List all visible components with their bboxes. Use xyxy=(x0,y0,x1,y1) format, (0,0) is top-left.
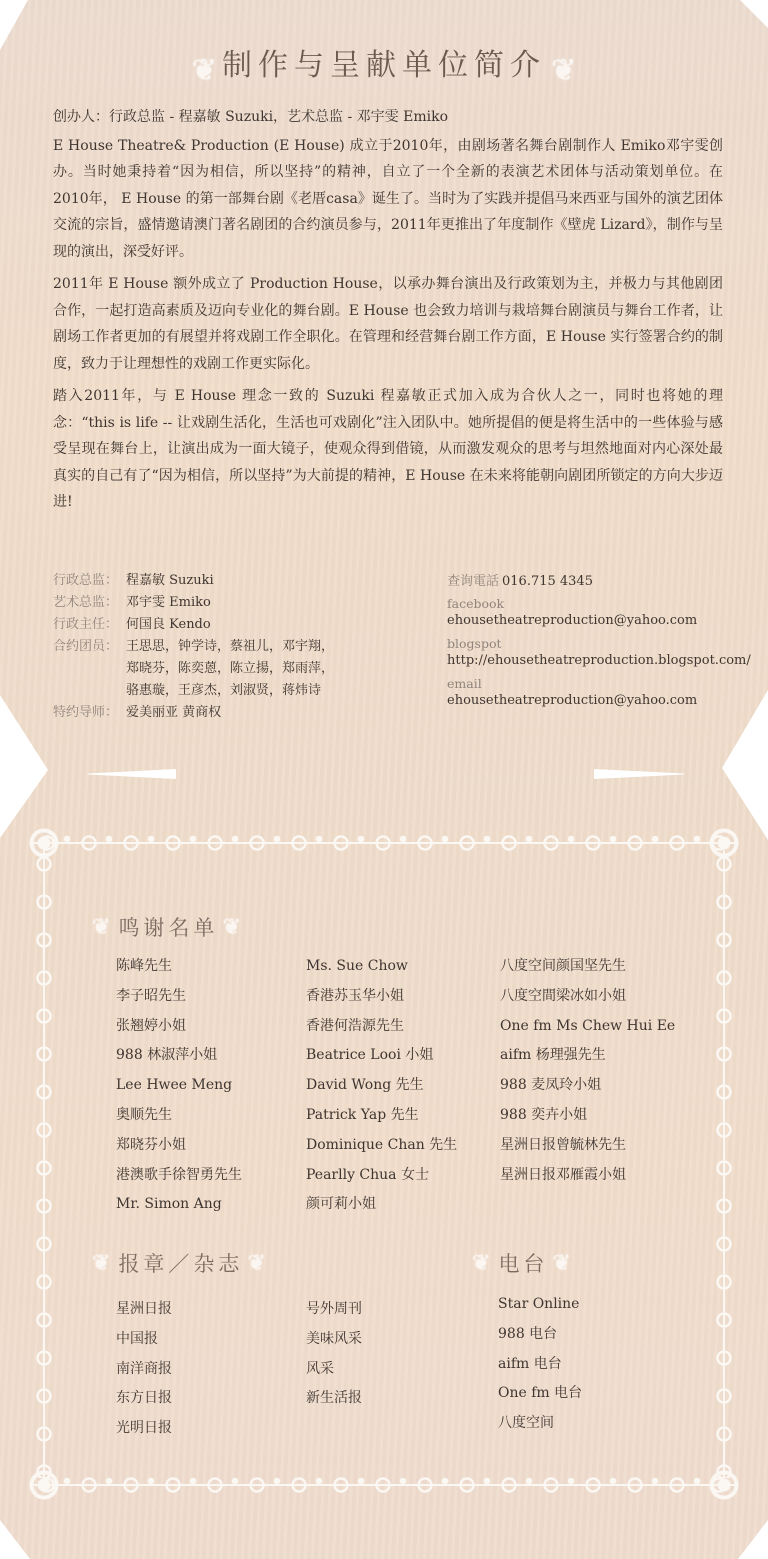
contact-info: 查询電話 016.715 4345 facebook ehousetheatre… xyxy=(447,570,747,709)
press-heading: ❦ 报章／杂志 ❦ xyxy=(88,1248,274,1278)
flourish-left-icon: ❦ xyxy=(192,53,217,88)
staff-label: 行政总监： xyxy=(53,570,126,592)
staff-value: 郑晓芬，陈奕蒽，陈立揚，郑雨萍， xyxy=(126,658,334,680)
list-item: 光明日报 xyxy=(116,1414,172,1444)
staff-value: 何国良 Kendo xyxy=(126,614,211,636)
staff-row: 郑晓芬，陈奕蒽，陈立揚，郑雨萍， xyxy=(53,658,413,680)
flourish-left-icon: ❦ xyxy=(472,1251,494,1276)
list-item: 星洲日报 xyxy=(116,1295,172,1325)
flourish-left-icon: ❦ xyxy=(92,915,114,940)
border-top-ornament xyxy=(33,830,735,856)
list-item: 988 林淑萍小姐 xyxy=(116,1041,242,1071)
staff-label: 特约导师： xyxy=(53,702,126,724)
staff-label: 合约团员： xyxy=(53,636,126,658)
intro-section: 创办人：行政总监 - 程嘉敏 Suzuki，艺术总监 - 邓宇雯 Emiko E… xyxy=(53,104,723,522)
acknowledgements-heading: ❦ 鸣谢名单 ❦ xyxy=(88,912,249,942)
blogspot-link[interactable]: http://ehousetheatreproduction.blogspot.… xyxy=(447,652,747,669)
flourish-right-icon: ❦ xyxy=(552,1251,574,1276)
list-item: aifm 电台 xyxy=(498,1350,582,1380)
list-item: David Wong 先生 xyxy=(306,1071,457,1101)
staff-list: 行政总监：程嘉敏 Suzuki 艺术总监：邓宇雯 Emiko 行政主任：何国良 … xyxy=(53,570,413,724)
list-item: 八度空間梁冰如小姐 xyxy=(500,982,675,1012)
staff-value: 爱美丽亚 黄商权 xyxy=(126,702,221,724)
intro-paragraph-1: E House Theatre& Production (E House) 成立… xyxy=(53,133,723,266)
border-left-ornament xyxy=(33,850,55,1478)
blogspot-label: blogspot xyxy=(447,635,747,652)
list-item: 郑晓芬小姐 xyxy=(116,1131,242,1161)
press-title: 报章／杂志 xyxy=(118,1248,243,1278)
list-item: 新生活报 xyxy=(306,1384,362,1414)
list-item: 南洋商报 xyxy=(116,1355,172,1385)
founders-line: 创办人：行政总监 - 程嘉敏 Suzuki，艺术总监 - 邓宇雯 Emiko xyxy=(53,104,723,131)
staff-label xyxy=(53,680,126,702)
list-item: 香港苏玉华小姐 xyxy=(306,982,457,1012)
list-item: One fm Ms Chew Hui Ee xyxy=(500,1012,675,1042)
phone-label: 查询電話 xyxy=(447,570,502,589)
email-link[interactable]: ehousetheatreproduction@yahoo.com xyxy=(447,692,747,709)
staff-value: 王思思，钟学诗，蔡祖儿，邓宇翔， xyxy=(126,636,334,658)
staff-row: 骆惠璇，王彦杰，刘淑贤，蒋炜诗 xyxy=(53,680,413,702)
staff-value: 骆惠璇，王彦杰，刘淑贤，蒋炜诗 xyxy=(126,680,321,702)
phone-number[interactable]: 016.715 4345 xyxy=(502,574,593,589)
staff-label xyxy=(53,658,126,680)
page-header: ❦ 制作与呈献单位简介 ❦ xyxy=(0,40,768,88)
list-item: 星洲日报曾毓林先生 xyxy=(500,1131,675,1161)
corner-ornament-icon xyxy=(27,826,61,860)
list-item: Beatrice Looi 小姐 xyxy=(306,1041,457,1071)
list-item: 李子昭先生 xyxy=(116,982,242,1012)
flourish-right-icon: ❦ xyxy=(222,915,244,940)
facebook-label: facebook xyxy=(447,595,747,612)
staff-label: 艺术总监： xyxy=(53,592,126,614)
corner-ornament-icon xyxy=(27,1468,61,1502)
facebook-link[interactable]: ehousetheatreproduction@yahoo.com xyxy=(447,612,747,629)
list-item: Mr. Simon Ang xyxy=(116,1190,242,1220)
flourish-right-icon: ❦ xyxy=(551,53,576,88)
staff-row: 行政总监：程嘉敏 Suzuki xyxy=(53,570,413,592)
page-title: 制作与呈献单位简介 xyxy=(222,48,546,83)
acknowledgements-column-2: Ms. Sue Chow 香港苏玉华小姐 香港何浩源先生 Beatrice Lo… xyxy=(306,952,457,1220)
staff-row: 特约导师：爱美丽亚 黄商权 xyxy=(53,702,413,724)
list-item: Ms. Sue Chow xyxy=(306,952,457,982)
list-item: aifm 杨理强先生 xyxy=(500,1041,675,1071)
phone-row: 查询電話 016.715 4345 xyxy=(447,570,747,589)
list-item: 八度空间 xyxy=(498,1409,582,1439)
intro-paragraph-3: 踏入2011年，与 E House 理念一致的 Suzuki 程嘉敏正式加入成为… xyxy=(53,383,723,516)
list-item: Lee Hwee Meng xyxy=(116,1071,242,1101)
list-item: 张翘婷小姐 xyxy=(116,1012,242,1042)
staff-value: 程嘉敏 Suzuki xyxy=(126,570,214,592)
press-column-2: 号外周刊 美味风采 风采 新生活报 xyxy=(306,1295,362,1414)
list-item: 奥顺先生 xyxy=(116,1101,242,1131)
flourish-right-icon: ❦ xyxy=(247,1251,269,1276)
staff-label: 行政主任： xyxy=(53,614,126,636)
list-item: 香港何浩源先生 xyxy=(306,1012,457,1042)
corner-ornament-icon xyxy=(707,1468,741,1502)
staff-row: 行政主任：何国良 Kendo xyxy=(53,614,413,636)
radio-column: Star Online 988 电台 aifm 电台 One fm 电台 八度空… xyxy=(498,1290,582,1439)
acknowledgements-title: 鸣谢名单 xyxy=(118,912,218,942)
acknowledgements-column-3: 八度空间颜国坚先生 八度空間梁冰如小姐 One fm Ms Chew Hui E… xyxy=(500,952,675,1190)
list-item: 中国报 xyxy=(116,1325,172,1355)
radio-heading: ❦ 电台 ❦ xyxy=(468,1248,579,1278)
staff-value: 邓宇雯 Emiko xyxy=(126,592,211,614)
list-item: 风采 xyxy=(306,1355,362,1385)
staff-row: 合约团员：王思思，钟学诗，蔡祖儿，邓宇翔， xyxy=(53,636,413,658)
list-item: 东方日报 xyxy=(116,1384,172,1414)
border-bottom-ornament xyxy=(33,1472,735,1498)
border-right-ornament xyxy=(713,850,735,1478)
list-item: Pearlly Chua 女士 xyxy=(306,1161,457,1191)
staff-row: 艺术总监：邓宇雯 Emiko xyxy=(53,592,413,614)
list-item: 美味风采 xyxy=(306,1325,362,1355)
acknowledgements-column-1: 陈峰先生 李子昭先生 张翘婷小姐 988 林淑萍小姐 Lee Hwee Meng… xyxy=(116,952,242,1220)
list-item: 号外周刊 xyxy=(306,1295,362,1325)
list-item: 988 奕卉小姐 xyxy=(500,1101,675,1131)
intro-paragraph-2: 2011年 E House 额外成立了 Production House，以承办… xyxy=(53,271,723,377)
corner-ornament-icon xyxy=(707,826,741,860)
press-column-1: 星洲日报 中国报 南洋商报 东方日报 光明日报 xyxy=(116,1295,172,1444)
list-item: 988 电台 xyxy=(498,1320,582,1350)
list-item: 陈峰先生 xyxy=(116,952,242,982)
list-item: Dominique Chan 先生 xyxy=(306,1131,457,1161)
list-item: Star Online xyxy=(498,1290,582,1320)
flourish-left-icon: ❦ xyxy=(92,1251,114,1276)
email-label: email xyxy=(447,675,747,692)
list-item: Patrick Yap 先生 xyxy=(306,1101,457,1131)
list-item: 港澳歌手徐智勇先生 xyxy=(116,1161,242,1191)
list-item: One fm 电台 xyxy=(498,1379,582,1409)
list-item: 颜可莉小姐 xyxy=(306,1190,457,1220)
list-item: 988 麦凤玲小姐 xyxy=(500,1071,675,1101)
list-item: 八度空间颜国坚先生 xyxy=(500,952,675,982)
list-item: 星洲日报邓雁霞小姐 xyxy=(500,1161,675,1191)
radio-title: 电台 xyxy=(498,1248,548,1278)
